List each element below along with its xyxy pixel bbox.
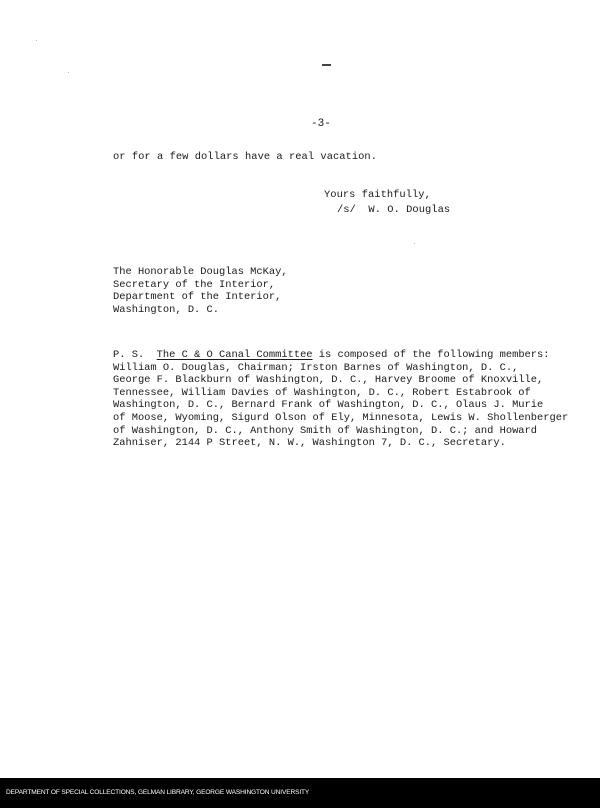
- postscript-line: of Washington, D. C., Anthony Smith of W…: [113, 425, 568, 438]
- stray-mark: [322, 64, 331, 66]
- addressee-line: The Honorable Douglas McKay,: [113, 266, 288, 279]
- committee-name: The C & O Canal Committee: [157, 349, 313, 361]
- postscript-line: William O. Douglas, Chairman; Irston Bar…: [113, 362, 568, 375]
- postscript: P. S. The C & O Canal Committee is compo…: [113, 349, 568, 450]
- addressee-block: The Honorable Douglas McKay, Secretary o…: [113, 266, 288, 316]
- postscript-line: George F. Blackburn of Washington, D. C.…: [113, 374, 568, 387]
- addressee-line: Department of the Interior,: [113, 291, 288, 304]
- postscript-line: Zahniser, 2144 P Street, N. W., Washingt…: [113, 437, 568, 450]
- speck: [36, 40, 37, 41]
- ps-first-rest: is composed of the following members:: [313, 349, 550, 361]
- postscript-line: Washington, D. C., Bernard Frank of Wash…: [113, 399, 568, 412]
- closing-paragraph: or for a few dollars have a real vacatio…: [113, 151, 377, 163]
- page-number: -3-: [311, 118, 331, 130]
- ps-prefix: P. S.: [113, 349, 157, 361]
- document-page: -3- or for a few dollars have a real vac…: [0, 0, 600, 778]
- signature: /s/ W. O. Douglas: [337, 204, 450, 216]
- postscript-line: of Moose, Wyoming, Sigurd Olson of Ely, …: [113, 412, 568, 425]
- archive-credit-footer: DEPARTMENT OF SPECIAL COLLECTIONS, GELMA…: [0, 778, 600, 808]
- postscript-first-line: P. S. The C & O Canal Committee is compo…: [113, 349, 568, 362]
- addressee-line: Secretary of the Interior,: [113, 279, 288, 292]
- speck: [68, 72, 69, 73]
- speck: [414, 243, 415, 244]
- closing: Yours faithfully,: [324, 189, 431, 201]
- postscript-line: Tennessee, William Davies of Washington,…: [113, 387, 568, 400]
- addressee-line: Washington, D. C.: [113, 304, 288, 317]
